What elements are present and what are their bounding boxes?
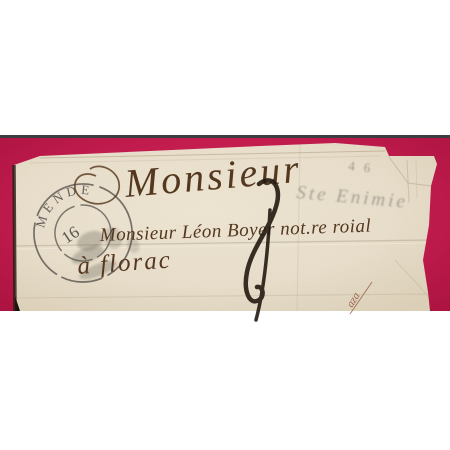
- photo-of-antique-letter: MENDE 16 46 Ste Enimie Monsieur Monsieur…: [0, 0, 450, 450]
- tax-value-hidden: 2: [0, 0, 1, 1]
- paper-left-edge-shadow: [14, 165, 15, 311]
- letter-artwork: MENDE 16 46 Ste Enimie Monsieur Monsieur…: [0, 0, 450, 450]
